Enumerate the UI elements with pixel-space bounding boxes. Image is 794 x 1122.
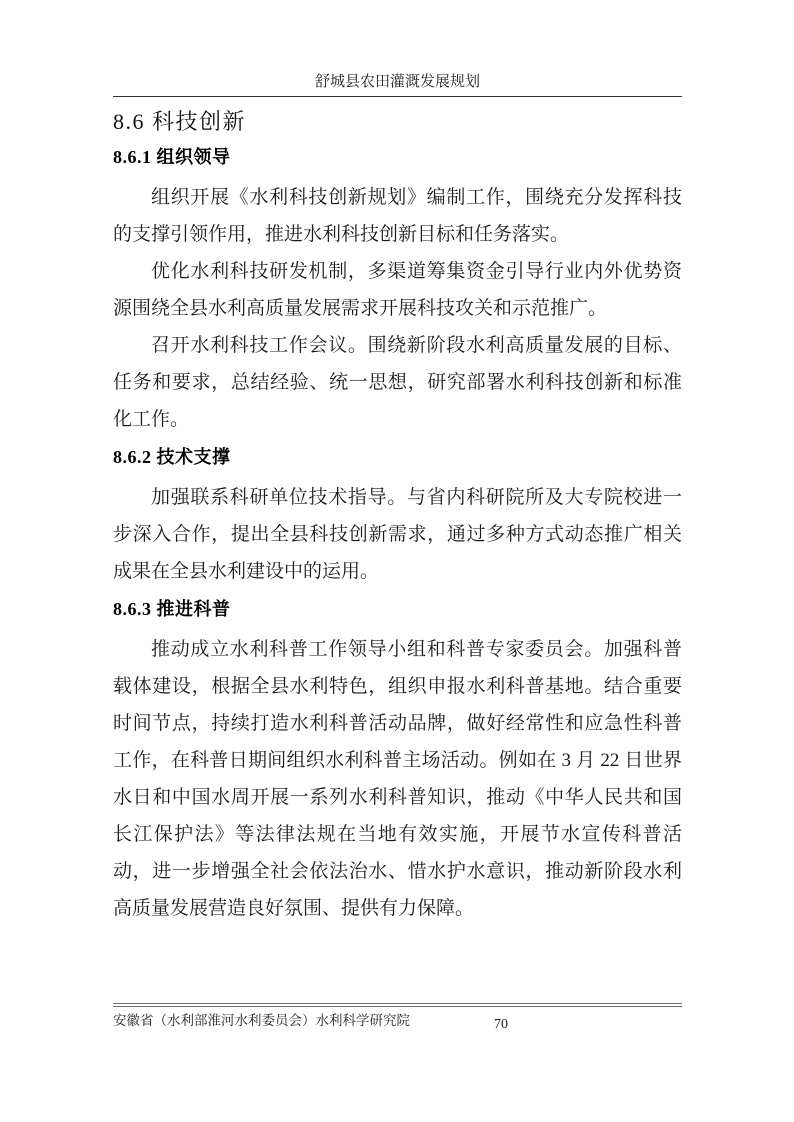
paragraph-convene-meeting: 召开水利科技工作会议。围绕新阶段水利高质量发展的目标、任务和要求，总结经验、统一… <box>113 327 682 438</box>
section-heading-8-6-2: 8.6.2 技术支撑 <box>113 443 682 471</box>
paragraph-science-popularization: 推动成立水利科普工作领导小组和科普专家委员会。加强科普载体建设，根据全县水利特色… <box>113 631 682 927</box>
document-body: 8.6 科技创新 8.6.1 组织领导 组织开展《水利科技创新规划》编制工作，围… <box>113 103 682 927</box>
section-heading-8-6: 8.6 科技创新 <box>113 107 682 137</box>
document-page: 舒城县农田灌溉发展规划 8.6 科技创新 8.6.1 组织领导 组织开展《水利科… <box>0 0 794 1122</box>
page-footer: 安徽省（水利部淮河水利委员会）水利科学研究院 70 <box>113 1003 682 1030</box>
paragraph-organize-planning: 组织开展《水利科技创新规划》编制工作，围绕充分发挥科技的支撑引领作用，推进水利科… <box>113 179 682 253</box>
paragraph-technical-support: 加强联系科研单位技术指导。与省内科研院所及大专院校进一步深入合作，提出全县科技创… <box>113 479 682 590</box>
section-heading-8-6-1: 8.6.1 组织领导 <box>113 143 682 171</box>
footer-institution: 安徽省（水利部淮河水利委员会）水利科学研究院 <box>113 1013 410 1028</box>
section-heading-8-6-3: 8.6.3 推进科普 <box>113 595 682 623</box>
page-number: 70 <box>494 1016 508 1034</box>
page-header: 舒城县农田灌溉发展规划 <box>113 72 682 97</box>
header-title: 舒城县农田灌溉发展规划 <box>315 74 480 90</box>
paragraph-optimize-rd-mechanism: 优化水利科技研发机制，多渠道筹集资金引导行业内外优势资源围绕全县水利高质量发展需… <box>113 253 682 327</box>
